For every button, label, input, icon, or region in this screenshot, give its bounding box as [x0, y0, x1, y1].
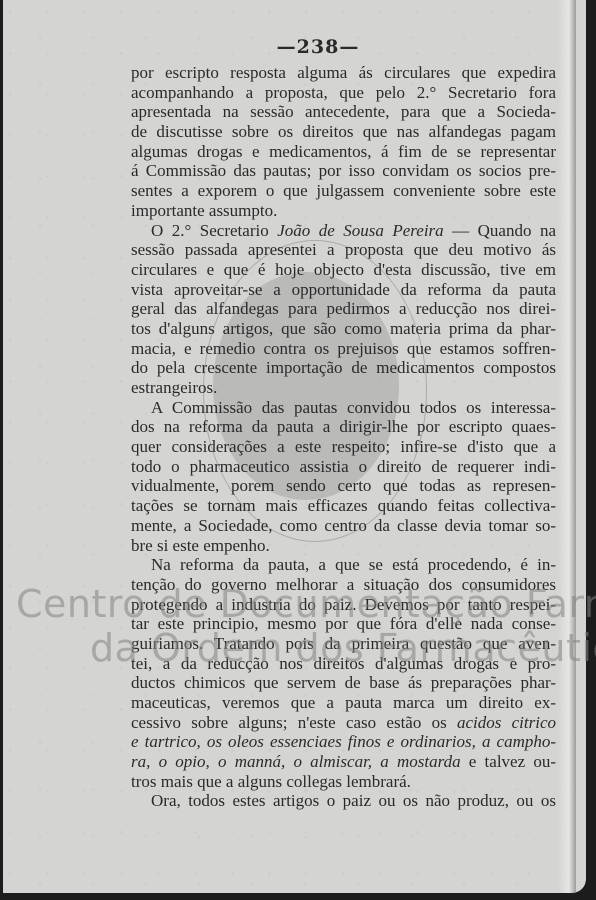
italic-term: ra: [131, 752, 146, 771]
text-line: importante assumpto.: [131, 201, 556, 221]
text-line: A Commissão das pautas convidou todos os…: [131, 398, 556, 418]
text-line: vista aproveitar-se a opportunidade da r…: [131, 280, 556, 300]
text-line: todo o pharmaceutico assistia o direito …: [131, 457, 556, 477]
italic-term: acidos citrico: [457, 713, 556, 732]
italic-term: os oleos essenciaes finos e ordinarios: [207, 732, 472, 751]
text-line: geral das alfandegas para pedirmos a red…: [131, 299, 556, 319]
paragraph-1: por escripto resposta alguma ás circular…: [131, 63, 556, 221]
italic-term: o opio: [159, 752, 206, 771]
text-line: Ora, todos estes artigos o paiz ou os nã…: [131, 791, 556, 811]
text-line: maceuticas, veremos que a pauta marca um…: [131, 693, 556, 713]
watermark-line-2: da Ordem dos Farmacêuticos: [90, 626, 596, 670]
text-line: vidualmente, porem sendo certo que todas…: [131, 476, 556, 496]
text-line: ductos chimicos que servem de base ás pr…: [131, 673, 556, 693]
text-line: sentes a exporem o que julgassem conveni…: [131, 181, 556, 201]
text-line-italic-list: ra, o opio, o manná, o almiscar, a mosta…: [131, 752, 556, 772]
watermark-line-1: Centro de Documentação Farmacêutica: [16, 582, 596, 626]
italic-term: a mostarda: [380, 752, 460, 771]
text-line: tações se tornam mais efficazes quando f…: [131, 496, 556, 516]
text-line: á Commissão das pautas; por isso convida…: [131, 161, 556, 181]
text-line: do pela crescente importação de medicame…: [131, 358, 556, 378]
text-line-speaker: O 2.° Secretario João de Sousa Pereira —…: [131, 221, 556, 241]
italic-term: o manná: [218, 752, 281, 771]
text-line: estrangeiros.: [131, 378, 556, 398]
text-run: e talvez ou-: [461, 752, 556, 771]
paragraph-2: O 2.° Secretario João de Sousa Pereira —…: [131, 221, 556, 398]
text-line: tros mais que a alguns collegas lembrará…: [131, 772, 556, 792]
text-line: quer considerações a este respeito; infi…: [131, 437, 556, 457]
text-line: bre si este empenho.: [131, 536, 556, 556]
text-line: sessão passada apresentei a proposta que…: [131, 240, 556, 260]
text-line: apresentada na sessão antecedente, para …: [131, 102, 556, 122]
text-line: Na reforma da pauta, a que se está proce…: [131, 555, 556, 575]
text-line: mente, a Sociedade, como centro da class…: [131, 516, 556, 536]
italic-term: a campho-: [482, 732, 556, 751]
paragraph-3: A Commissão das pautas convidou todos os…: [131, 398, 556, 556]
text-line: dos na reforma da pauta a dirigir-lhe po…: [131, 417, 556, 437]
italic-term: e tartrico: [131, 732, 197, 751]
text-line-italic-list: cessivo sobre alguns; n'este caso estão …: [131, 713, 556, 733]
text-line: circulares e que é hoje objecto d'esta d…: [131, 260, 556, 280]
text-line: tos d'alguns artigos, que são como mater…: [131, 319, 556, 339]
page-number: —238—: [0, 36, 596, 58]
speaker-suffix: — Quando na: [444, 221, 556, 240]
paragraph-5: Ora, todos estes artigos o paiz ou os nã…: [131, 791, 556, 811]
speaker-name: João de Sousa Pereira: [277, 221, 443, 240]
text-line: algumas drogas e medicamentos, á fim de …: [131, 142, 556, 162]
italic-term: o almiscar: [293, 752, 367, 771]
text-run: cessivo sobre alguns; n'este caso estão …: [131, 713, 457, 732]
text-line: de discutisse sobre os direitos que nas …: [131, 122, 556, 142]
text-line: acompanhando a proposta, que pelo 2.° Se…: [131, 83, 556, 103]
body-text: por escripto resposta alguma ás circular…: [131, 63, 556, 811]
page-edge: [558, 0, 576, 893]
speaker-prefix: O 2.° Secretario: [151, 221, 277, 240]
text-line-italic-list: e tartrico, os oleos essenciaes finos e …: [131, 732, 556, 752]
text-line: macia, e remedio contra os prejuisos que…: [131, 339, 556, 359]
text-line: por escripto resposta alguma ás circular…: [131, 63, 556, 83]
